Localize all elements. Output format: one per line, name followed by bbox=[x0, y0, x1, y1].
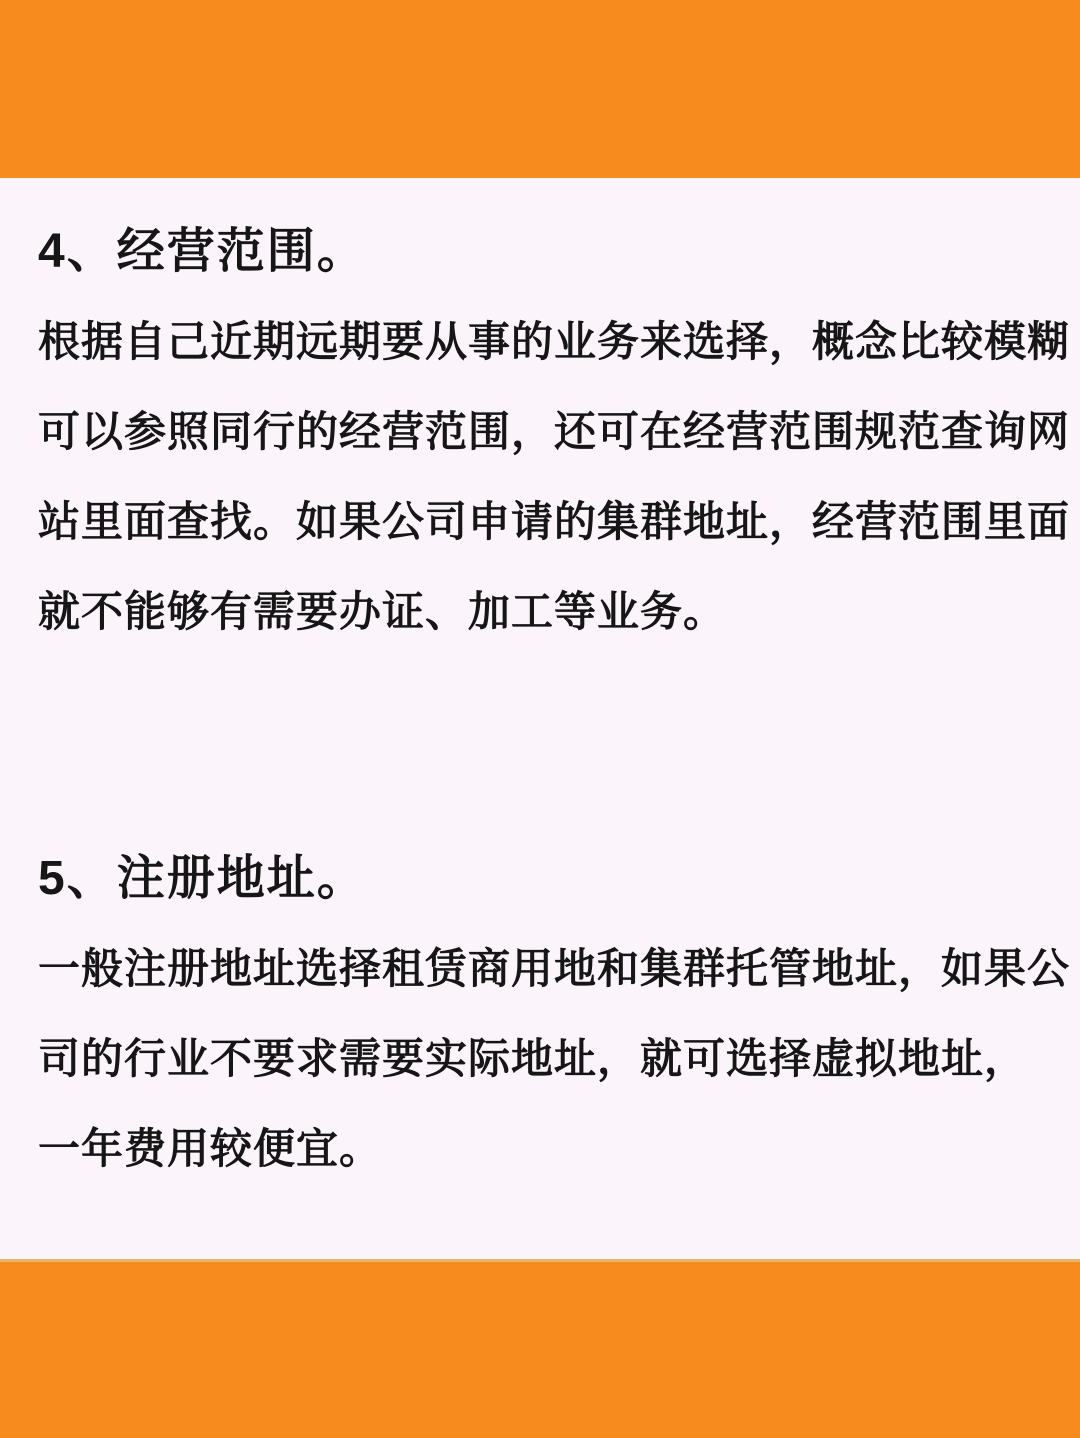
paragraph-line: 司的行业不要求需要实际地址，就可选择虚拟地址， bbox=[38, 1014, 1042, 1104]
section-registered-address: 5、注册地址。 一般注册地址选择租赁商用地和集群托管地址，如果公 司的行业不要求… bbox=[0, 834, 1080, 1194]
paragraph-line: 一般注册地址选择租赁商用地和集群托管地址，如果公 bbox=[38, 924, 1042, 1014]
section-paragraph-business-scope: 根据自己近期远期要从事的业务来选择，概念比较模糊 可以参照同行的经营范围，还可在… bbox=[38, 297, 1042, 657]
bottom-orange-band bbox=[0, 1259, 1080, 1438]
paragraph-line: 一年费用较便宜。 bbox=[38, 1104, 1042, 1194]
info-card-page: 4、经营范围。 根据自己近期远期要从事的业务来选择，概念比较模糊 可以参照同行的… bbox=[0, 0, 1080, 1438]
section-paragraph-registered-address: 一般注册地址选择租赁商用地和集群托管地址，如果公 司的行业不要求需要实际地址，就… bbox=[38, 924, 1042, 1194]
paragraph-line: 就不能够有需要办证、加工等业务。 bbox=[38, 567, 1042, 657]
paragraph-line: 可以参照同行的经营范围，还可在经营范围规范查询网 bbox=[38, 387, 1042, 477]
section-business-scope: 4、经营范围。 根据自己近期远期要从事的业务来选择，概念比较模糊 可以参照同行的… bbox=[0, 207, 1080, 657]
top-orange-band bbox=[0, 0, 1080, 181]
card-content: 4、经营范围。 根据自己近期远期要从事的业务来选择，概念比较模糊 可以参照同行的… bbox=[0, 178, 1080, 1262]
paragraph-line: 根据自己近期远期要从事的业务来选择，概念比较模糊 bbox=[38, 297, 1042, 387]
section-heading-registered-address: 5、注册地址。 bbox=[38, 834, 1042, 924]
section-heading-business-scope: 4、经营范围。 bbox=[38, 207, 1042, 297]
paragraph-line: 站里面查找。如果公司申请的集群地址，经营范围里面 bbox=[38, 477, 1042, 567]
